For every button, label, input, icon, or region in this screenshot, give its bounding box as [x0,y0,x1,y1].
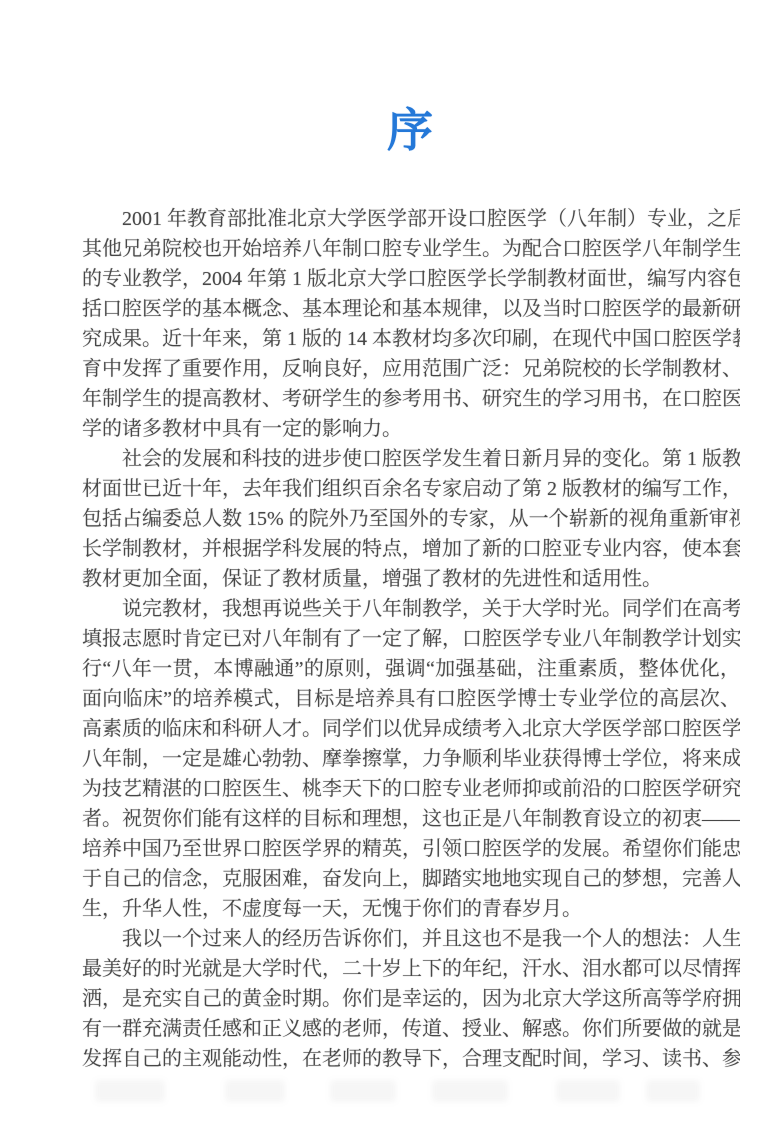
text-line: 究成果。近十年来，第 1 版的 14 本教材均多次印刷，在现代中国口腔医学教 [82,324,740,354]
scanned-book-page: 序 2001 年教育部批准北京大学医学部开设口腔医学（八年制）专业，之后 其他兄… [0,0,766,1122]
text-line: 说完教材，我想再说些关于八年制教学，关于大学时光。同学们在高考 [82,594,740,624]
text-line: 的专业教学，2004 年第 1 版北京大学口腔医学长学制教材面世，编写内容包 [82,264,740,294]
text-line: 面向临床”的培养模式，目标是培养具有口腔医学博士专业学位的高层次、 [82,684,740,714]
text-line: 学的诸多教材中具有一定的影响力。 [82,414,740,444]
paragraph-3: 说完教材，我想再说些关于八年制教学，关于大学时光。同学们在高考 填报志愿时肯定已… [82,594,740,924]
text-line: 于自己的信念，克服困难，奋发向上，脚踏实地地实现自己的梦想，完善人 [82,864,740,894]
text-line: 年制学生的提高教材、考研学生的参考用书、研究生的学习用书，在口腔医 [82,384,740,414]
text-line: 社会的发展和科技的进步使口腔医学发生着日新月异的变化。第 1 版教 [82,444,740,474]
text-line: 教材更加全面，保证了教材质量，增强了教材的先进性和适用性。 [82,564,740,594]
paragraph-2: 社会的发展和科技的进步使口腔医学发生着日新月异的变化。第 1 版教 材面世已近十… [82,444,740,594]
page-showthrough-ghost [95,1080,165,1102]
text-line: 其他兄弟院校也开始培养八年制口腔专业学生。为配合口腔医学八年制学生 [82,234,740,264]
text-line: 最美好的时光就是大学时代，二十岁上下的年纪，汗水、泪水都可以尽情挥 [82,954,740,984]
text-line: 包括占编委总人数 15% 的院外乃至国外的专家，从一个崭新的视角重新审视 [82,504,740,534]
text-line: 材面世已近十年，去年我们组织百余名专家启动了第 2 版教材的编写工作， [82,474,740,504]
page-showthrough-ghost [330,1080,396,1102]
page-showthrough-ghost [432,1080,508,1102]
text-line: 高素质的临床和科研人才。同学们以优异成绩考入北京大学医学部口腔医学 [82,714,740,744]
text-line: 者。祝贺你们能有这样的目标和理想，这也正是八年制教育设立的初衷—— [82,804,740,834]
text-line: 为技艺精湛的口腔医生、桃李天下的口腔专业老师抑或前沿的口腔医学研究 [82,774,740,804]
text-line: 我以一个过来人的经历告诉你们，并且这也不是我一个人的想法：人生 [82,924,740,954]
text-line: 行“八年一贯，本博融通”的原则，强调“加强基础，注重素质，整体优化， [82,654,740,684]
page-showthrough-ghost [646,1080,700,1102]
page-showthrough-ghost [225,1080,285,1102]
text-line: 有一群充满责任感和正义感的老师，传道、授业、解惑。你们所要做的就是 [82,1014,740,1044]
text-line: 括口腔医学的基本概念、基本理论和基本规律，以及当时口腔医学的最新研 [82,294,740,324]
paragraph-4: 我以一个过来人的经历告诉你们，并且这也不是我一个人的想法：人生 最美好的时光就是… [82,924,740,1074]
text-line: 洒，是充实自己的黄金时期。你们是幸运的，因为北京大学这所高等学府拥 [82,984,740,1014]
text-line: 长学制教材，并根据学科发展的特点，增加了新的口腔亚专业内容，使本套 [82,534,740,564]
preface-body: 2001 年教育部批准北京大学医学部开设口腔医学（八年制）专业，之后 其他兄弟院… [82,204,740,1074]
text-line: 填报志愿时肯定已对八年制有了一定了解，口腔医学专业八年制教学计划实 [82,624,740,654]
text-line: 发挥自己的主观能动性，在老师的教导下，合理支配时间，学习、读书、参 [82,1044,740,1074]
page-showthrough-ghost [556,1080,620,1102]
paragraph-1: 2001 年教育部批准北京大学医学部开设口腔医学（八年制）专业，之后 其他兄弟院… [82,204,740,444]
text-line: 育中发挥了重要作用，反响良好，应用范围广泛：兄弟院校的长学制教材、5 [82,354,740,384]
page-title: 序 [80,104,740,158]
text-line: 培养中国乃至世界口腔医学界的精英，引领口腔医学的发展。希望你们能忠 [82,834,740,864]
text-line: 生，升华人性，不虚度每一天，无愧于你们的青春岁月。 [82,894,740,924]
text-line: 2001 年教育部批准北京大学医学部开设口腔医学（八年制）专业，之后 [82,204,740,234]
text-line: 八年制，一定是雄心勃勃、摩拳擦掌，力争顺利毕业获得博士学位，将来成 [82,744,740,774]
